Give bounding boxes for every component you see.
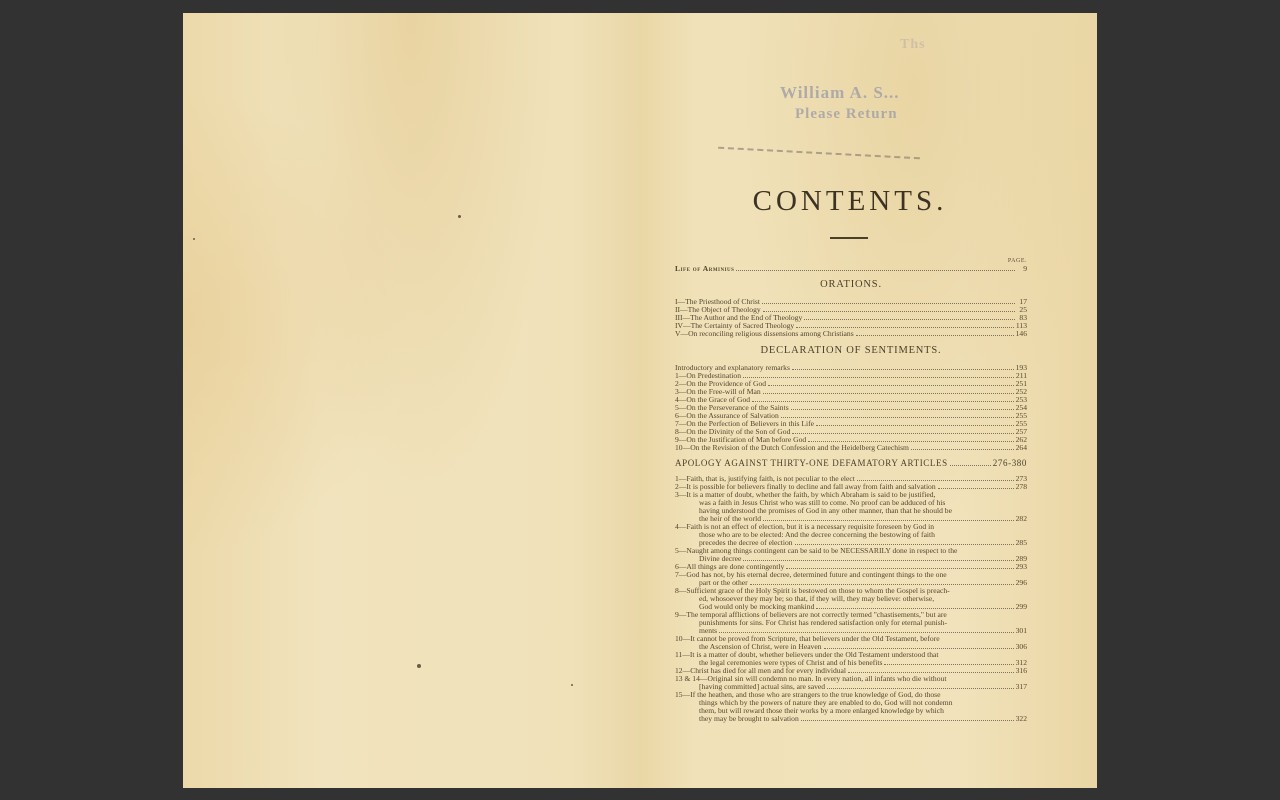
- toc-page: 299: [1016, 603, 1027, 611]
- leader-dots: [752, 401, 1014, 402]
- right-page-contents: Ths William A. S... Please Return CONTEN…: [640, 13, 1097, 788]
- toc-page: 264: [1016, 444, 1027, 452]
- leader-dots: [884, 664, 1013, 665]
- leader-dots: [950, 465, 991, 466]
- toc-entry: 15—If the heathen, and those who are str…: [675, 691, 1027, 723]
- book-spread: Ths William A. S... Please Return CONTEN…: [183, 13, 1097, 788]
- leader-dots: [743, 560, 1013, 561]
- toc-page: 285: [1016, 539, 1027, 547]
- toc-page: 317: [1016, 683, 1027, 691]
- toc-entry: they may be brought to salvation322: [675, 715, 1027, 723]
- pen-stroke: [718, 147, 920, 160]
- toc-entry: 10—It cannot be proved from Scripture, t…: [675, 635, 1027, 651]
- leader-dots: [827, 688, 1014, 689]
- paper-speck: [458, 215, 461, 218]
- ownership-stamp-name: William A. S...: [780, 83, 900, 103]
- ownership-stamp-return: Please Return: [795, 106, 898, 123]
- leader-dots: [791, 409, 1014, 410]
- leader-dots: [750, 584, 1014, 585]
- paper-speck: [193, 238, 195, 240]
- leader-dots: [801, 720, 1014, 721]
- toc-apology-list: 1—Faith, that is, justifying faith, is n…: [675, 475, 1027, 723]
- toc-label: they may be brought to salvation: [675, 715, 799, 723]
- toc-declaration-list: Introductory and explanatory remarks1931…: [675, 364, 1027, 452]
- leader-dots: [816, 425, 1014, 426]
- section-heading-declaration: DECLARATION OF SENTIMENTS.: [675, 345, 1027, 356]
- leader-dots: [743, 377, 1014, 378]
- toc-entry: 10—On the Revision of the Dutch Confessi…: [675, 444, 1027, 452]
- leader-dots: [786, 568, 1013, 569]
- toc-page: 296: [1016, 579, 1027, 587]
- section-heading-orations: ORATIONS.: [675, 279, 1027, 290]
- leader-dots: [762, 303, 1015, 304]
- toc-page: 322: [1016, 715, 1027, 723]
- toc-entry: 8—Sufficient grace of the Holy Spirit is…: [675, 587, 1027, 611]
- toc-entry: 7—God has not, by his eternal decree, de…: [675, 571, 1027, 587]
- toc-label-line: punishments for sins. For Christ has ren…: [675, 619, 1027, 627]
- toc-page: 282: [1016, 515, 1027, 523]
- toc-page: 316: [1016, 667, 1027, 675]
- toc-label: Life of Arminius: [675, 265, 734, 273]
- toc-entry: 5—Naught among things contingent can be …: [675, 547, 1027, 563]
- leader-dots: [719, 632, 1013, 633]
- toc-entry: 3—It is a matter of doubt, whether the f…: [675, 491, 1027, 523]
- leader-dots: [857, 480, 1014, 481]
- leader-dots: [768, 385, 1014, 386]
- toc-entry: 4—Faith is not an effect of election, bu…: [675, 523, 1027, 547]
- leader-dots: [781, 417, 1014, 418]
- page-title: CONTENTS.: [640, 185, 1060, 218]
- apology-heading-label: APOLOGY AGAINST THIRTY-ONE DEFAMATORY AR…: [675, 458, 948, 468]
- toc-entry: 9—The temporal afflictions of believers …: [675, 611, 1027, 635]
- leader-dots: [911, 449, 1014, 450]
- left-page-blank: [183, 13, 640, 788]
- toc-page: 278: [1016, 483, 1027, 491]
- leader-dots: [792, 433, 1013, 434]
- toc-page: 9: [1017, 265, 1027, 273]
- toc-entry: 13 & 14—Original sin will condemn no man…: [675, 675, 1027, 691]
- leader-dots: [763, 393, 1014, 394]
- toc-page: 301: [1016, 627, 1027, 635]
- leader-dots: [792, 369, 1014, 370]
- toc-page: 146: [1016, 330, 1027, 338]
- toc-life-entry: Life of Arminius 9: [675, 265, 1027, 273]
- toc-label: 10—On the Revision of the Dutch Confessi…: [675, 444, 909, 452]
- leader-dots: [816, 608, 1013, 609]
- paper-speck: [417, 664, 421, 668]
- section-heading-apology: APOLOGY AGAINST THIRTY-ONE DEFAMATORY AR…: [675, 458, 1027, 468]
- toc-page: 306: [1016, 643, 1027, 651]
- apology-page-range: 276-380: [993, 458, 1027, 468]
- leader-dots: [856, 335, 1014, 336]
- leader-dots: [763, 311, 1015, 312]
- leader-dots: [808, 441, 1013, 442]
- leader-dots: [848, 672, 1014, 673]
- leader-dots: [824, 648, 1014, 649]
- leader-dots: [763, 520, 1014, 521]
- ownership-stamp-fragment: Ths: [900, 37, 926, 53]
- toc-entry: V—On reconciling religious dissensions a…: [675, 330, 1027, 338]
- title-rule: [830, 237, 868, 239]
- toc-label: V—On reconciling religious dissensions a…: [675, 330, 854, 338]
- leader-dots: [795, 544, 1014, 545]
- leader-dots: [804, 319, 1015, 320]
- toc-entry: 11—It is a matter of doubt, whether beli…: [675, 651, 1027, 667]
- leader-dots: [736, 270, 1015, 271]
- leader-dots: [796, 327, 1014, 328]
- toc-orations-list: I—The Priesthood of Christ17II—The Objec…: [675, 298, 1027, 338]
- toc-page: 293: [1016, 563, 1027, 571]
- paper-speck: [571, 684, 573, 686]
- leader-dots: [938, 488, 1014, 489]
